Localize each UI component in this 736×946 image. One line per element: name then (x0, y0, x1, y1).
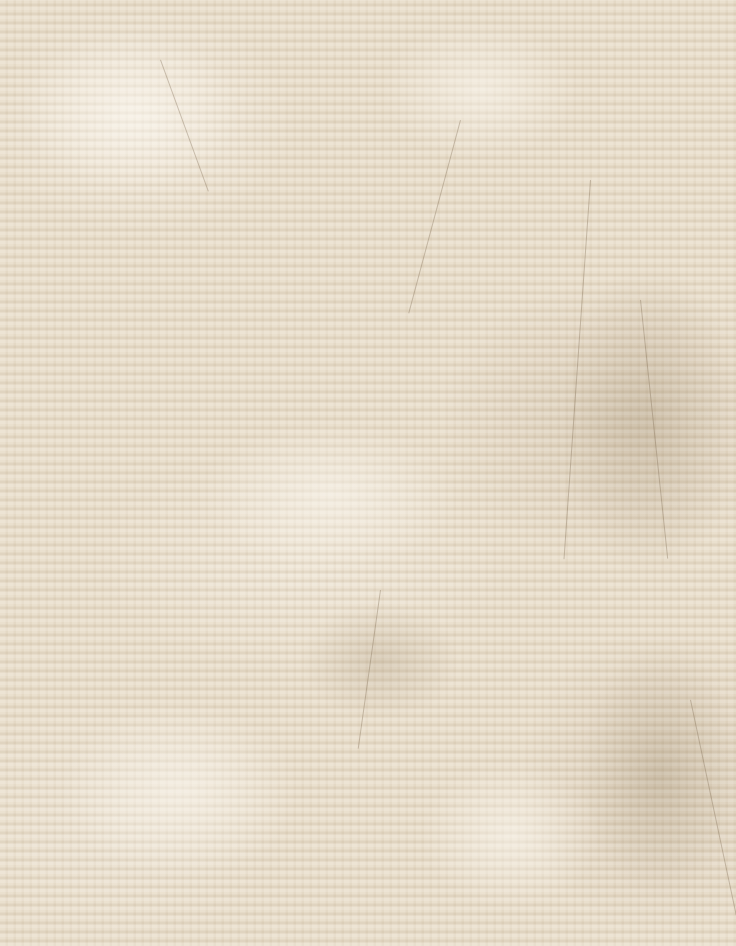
shadow-patch (560, 260, 736, 580)
shadow-patch (580, 640, 736, 900)
rug-texture-photo: Close-up texture of a cream / ivory hand… (0, 0, 736, 946)
shadow-patch (300, 600, 460, 720)
highlight-patch (60, 700, 300, 880)
highlight-patch (420, 760, 600, 910)
highlight-patch (20, 30, 240, 190)
highlight-patch (200, 420, 460, 570)
highlight-patch (380, 20, 580, 160)
